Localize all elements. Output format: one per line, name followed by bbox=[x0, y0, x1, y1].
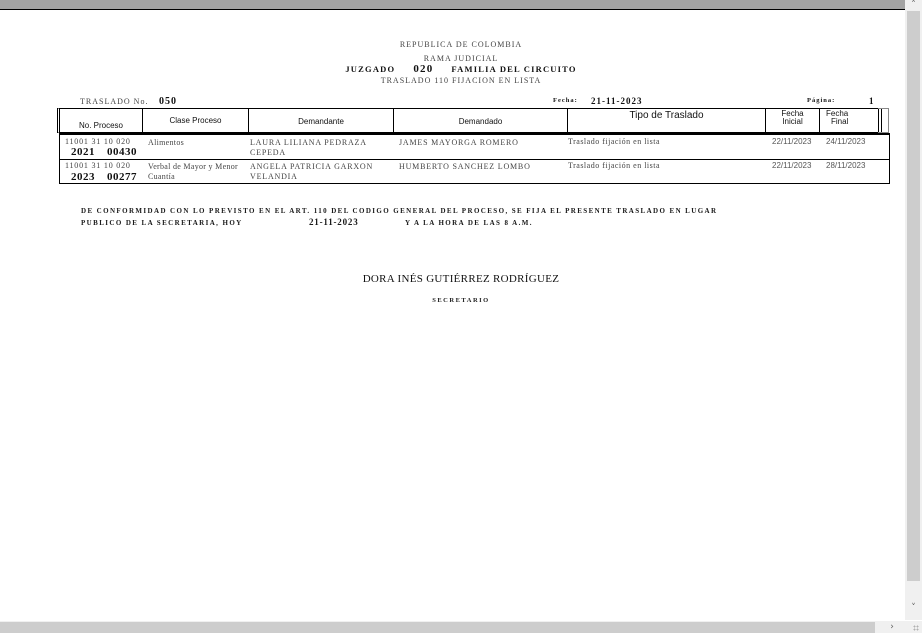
scroll-up-icon[interactable]: ˄ bbox=[905, 0, 922, 11]
col-fecha-final: FechaFinal bbox=[820, 109, 879, 132]
col-tipo-traslado: Tipo de Traslado bbox=[568, 109, 766, 132]
col-no-proceso: No. Proceso bbox=[60, 109, 143, 132]
pagina-label: Página: bbox=[807, 97, 835, 104]
notice-line-2-start: PUBLICO DE LA SECRETARIA, HOY bbox=[81, 219, 243, 227]
resize-grip-icon[interactable] bbox=[913, 625, 919, 631]
tipo-traslado: Traslado fijación en lista bbox=[568, 161, 660, 171]
pagina-value: 1 bbox=[869, 96, 875, 106]
court-label: JUZGADO bbox=[345, 64, 395, 74]
col-demandado: Demandado bbox=[394, 109, 568, 132]
fecha-value: 21-11-2023 bbox=[591, 96, 643, 106]
demandante-line2: CEPEDA bbox=[250, 148, 286, 158]
fecha-inicial: 22/11/2023 bbox=[772, 137, 811, 147]
horizontal-scrollbar[interactable]: › bbox=[0, 621, 905, 633]
horizontal-scroll-thumb[interactable] bbox=[0, 622, 875, 633]
signatory-name: DORA INÉS GUTIÉRREZ RODRÍGUEZ bbox=[0, 273, 922, 285]
demandante: ANGELA PATRICIA GARXON bbox=[250, 162, 373, 172]
traslado-label: TRASLADO No. bbox=[80, 97, 148, 106]
court-name: FAMILIA DEL CIRCUITO bbox=[451, 64, 576, 74]
process-year: 2021 bbox=[71, 147, 95, 157]
viewer-top-bar bbox=[0, 0, 905, 10]
fecha-inicial: 22/11/2023 bbox=[772, 161, 811, 171]
scroll-right-icon[interactable]: › bbox=[885, 621, 899, 633]
fecha-final: 28/11/2023 bbox=[826, 161, 865, 171]
header-document-type: TRASLADO 110 FIJACION EN LISTA bbox=[0, 76, 922, 85]
court-number: 020 bbox=[413, 63, 433, 75]
process-number: 00277 bbox=[107, 172, 137, 182]
signatory-role: SECRETARIO bbox=[0, 297, 922, 304]
clase-proceso: Verbal de Mayor y Menor bbox=[148, 162, 238, 172]
notice-line-1: DE CONFORMIDAD CON LO PREVISTO EN EL ART… bbox=[81, 207, 717, 215]
process-number: 00430 bbox=[107, 147, 137, 157]
fecha-final: 24/11/2023 bbox=[826, 137, 865, 147]
fecha-label: Fecha: bbox=[553, 97, 578, 104]
demandado: JAMES MAYORGA ROMERO bbox=[399, 138, 519, 148]
header-country: REPUBLICA DE COLOMBIA bbox=[0, 40, 922, 49]
notice-line-2-end: Y A LA HORA DE LAS 8 A.M. bbox=[405, 219, 533, 227]
table-header-extension bbox=[878, 108, 889, 133]
scroll-down-icon[interactable]: ˅ bbox=[905, 603, 922, 614]
table-header: No. Proceso Clase Proceso Demandante Dem… bbox=[57, 108, 882, 133]
radicado: 11001 31 10 020 bbox=[65, 161, 131, 171]
notice-date: 21-11-2023 bbox=[309, 217, 359, 227]
demandante-line2: VELANDIA bbox=[250, 172, 298, 182]
demandado: HUMBERTO SANCHEZ LOMBO bbox=[399, 162, 531, 172]
header-branch: RAMA JUDICIAL bbox=[0, 54, 922, 63]
header-court: JUZGADO020FAMILIA DEL CIRCUITO bbox=[0, 63, 922, 75]
table-row: 11001 31 10 020 2023 00277 Verbal de May… bbox=[60, 159, 889, 184]
traslado-number: 050 bbox=[159, 96, 177, 107]
scrollbar-corner bbox=[905, 621, 922, 633]
vertical-scroll-thumb[interactable] bbox=[907, 11, 920, 581]
table-body: 11001 31 10 020 2021 00430 Alimentos LAU… bbox=[59, 133, 890, 184]
table-row: 11001 31 10 020 2021 00430 Alimentos LAU… bbox=[60, 135, 889, 159]
clase-proceso-line2: Cuantía bbox=[148, 172, 175, 182]
process-year: 2023 bbox=[71, 172, 95, 182]
clase-proceso: Alimentos bbox=[148, 138, 184, 148]
tipo-traslado: Traslado fijación en lista bbox=[568, 137, 660, 147]
col-demandante: Demandante bbox=[249, 109, 394, 132]
demandante: LAURA LILIANA PEDRAZA bbox=[250, 138, 367, 148]
vertical-scrollbar[interactable]: ˄ ˅ bbox=[905, 0, 922, 620]
col-fecha-inicial: FechaInicial bbox=[766, 109, 820, 132]
col-clase-proceso: Clase Proceso bbox=[143, 109, 249, 132]
